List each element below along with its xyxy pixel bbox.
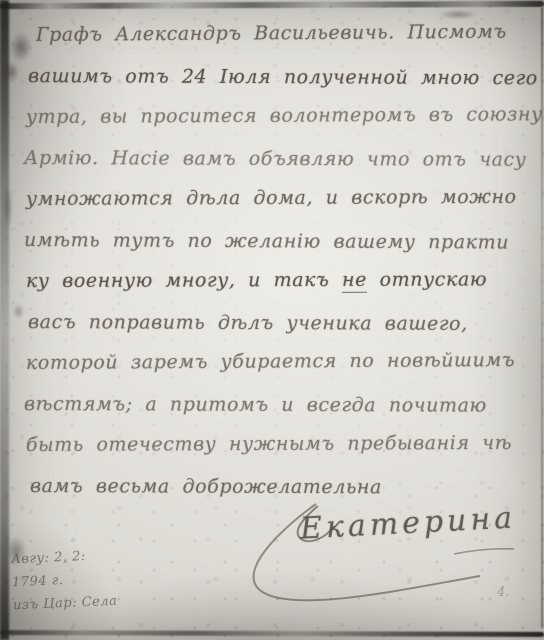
ink-smudge xyxy=(13,304,24,319)
handwriting-line: вѣстямъ; а притомъ и всегда почитаю xyxy=(24,393,529,436)
letter-scan: Графъ Александръ Васильевичь. Писмомъ ва… xyxy=(0,0,544,640)
line-text: ку военную многу, и такъ xyxy=(26,269,342,292)
handwriting-line: Армію. Насіе вамъ объявляю что отъ часу xyxy=(24,147,529,190)
underlined-word: не xyxy=(342,269,367,293)
handwriting-line-with-underline: ку военную многу, и такъ не отпускаю xyxy=(24,268,529,311)
letter-body: Графъ Александръ Васильевичь. Писмомъ ва… xyxy=(24,24,529,516)
line-text: Армію. Насіе вамъ объявляю что отъ часу xyxy=(24,147,526,171)
line-text: отпускаю xyxy=(367,268,487,290)
handwriting-line: быть отечеству нужнымъ пребыванія чѣ xyxy=(24,432,529,475)
line-text: умножаются дѣла дома, и вскорѣ можно xyxy=(26,186,517,210)
handwriting-line: умножаются дѣла дома, и вскорѣ можно xyxy=(24,186,529,229)
line-text: вашимъ отъ 24 Іюля полученной мною сего xyxy=(28,65,538,89)
line-text: быть отечеству нужнымъ пребыванія чѣ xyxy=(26,432,512,456)
dateline-annotation: Авгу: 2, 2: 1794 г. изъ Цар: Села xyxy=(11,544,118,617)
line-text: вѣстямъ; а притомъ и всегда почитаю xyxy=(24,393,487,417)
handwriting-line: вашимъ отъ 24 Іюля полученной мною сего xyxy=(24,65,529,108)
handwriting-line: утра, вы проситеся волонтеромъ въ союзну… xyxy=(24,103,529,147)
page-mark: 4. xyxy=(497,585,509,600)
ink-smudge xyxy=(4,62,19,82)
handwriting-line: васъ поправить дѣлъ ученика вашего, xyxy=(24,311,529,354)
line-text: вамъ весьма доброжелательна xyxy=(30,475,382,498)
line-text: утра, вы проситеся волонтеромъ въ союзну… xyxy=(26,103,544,128)
handwriting-line: которой заремъ убирается по новѣйшимъ xyxy=(24,349,529,393)
handwriting-line: Графъ Александръ Васильевичь. Писмомъ xyxy=(24,20,529,65)
scan-edge-right xyxy=(541,8,543,628)
scan-edge-top xyxy=(0,1,544,9)
ink-smudge xyxy=(438,10,478,19)
ink-smudge xyxy=(3,185,13,229)
handwriting-line: имѣть тутъ по желанію вашему практи xyxy=(24,229,529,273)
line-text: Графъ Александръ Васильевичь. Писмомъ xyxy=(36,21,507,46)
line-text: имѣть тутъ по желанію вашему практи xyxy=(24,229,509,254)
scan-edge-left xyxy=(0,0,9,640)
line-text: которой заремъ убирается по новѣйшимъ xyxy=(26,349,515,374)
scan-edge-bottom xyxy=(0,630,544,637)
dateline-place: изъ Цар: Села xyxy=(13,590,118,618)
line-text: васъ поправить дѣлъ ученика вашего, xyxy=(28,311,468,335)
